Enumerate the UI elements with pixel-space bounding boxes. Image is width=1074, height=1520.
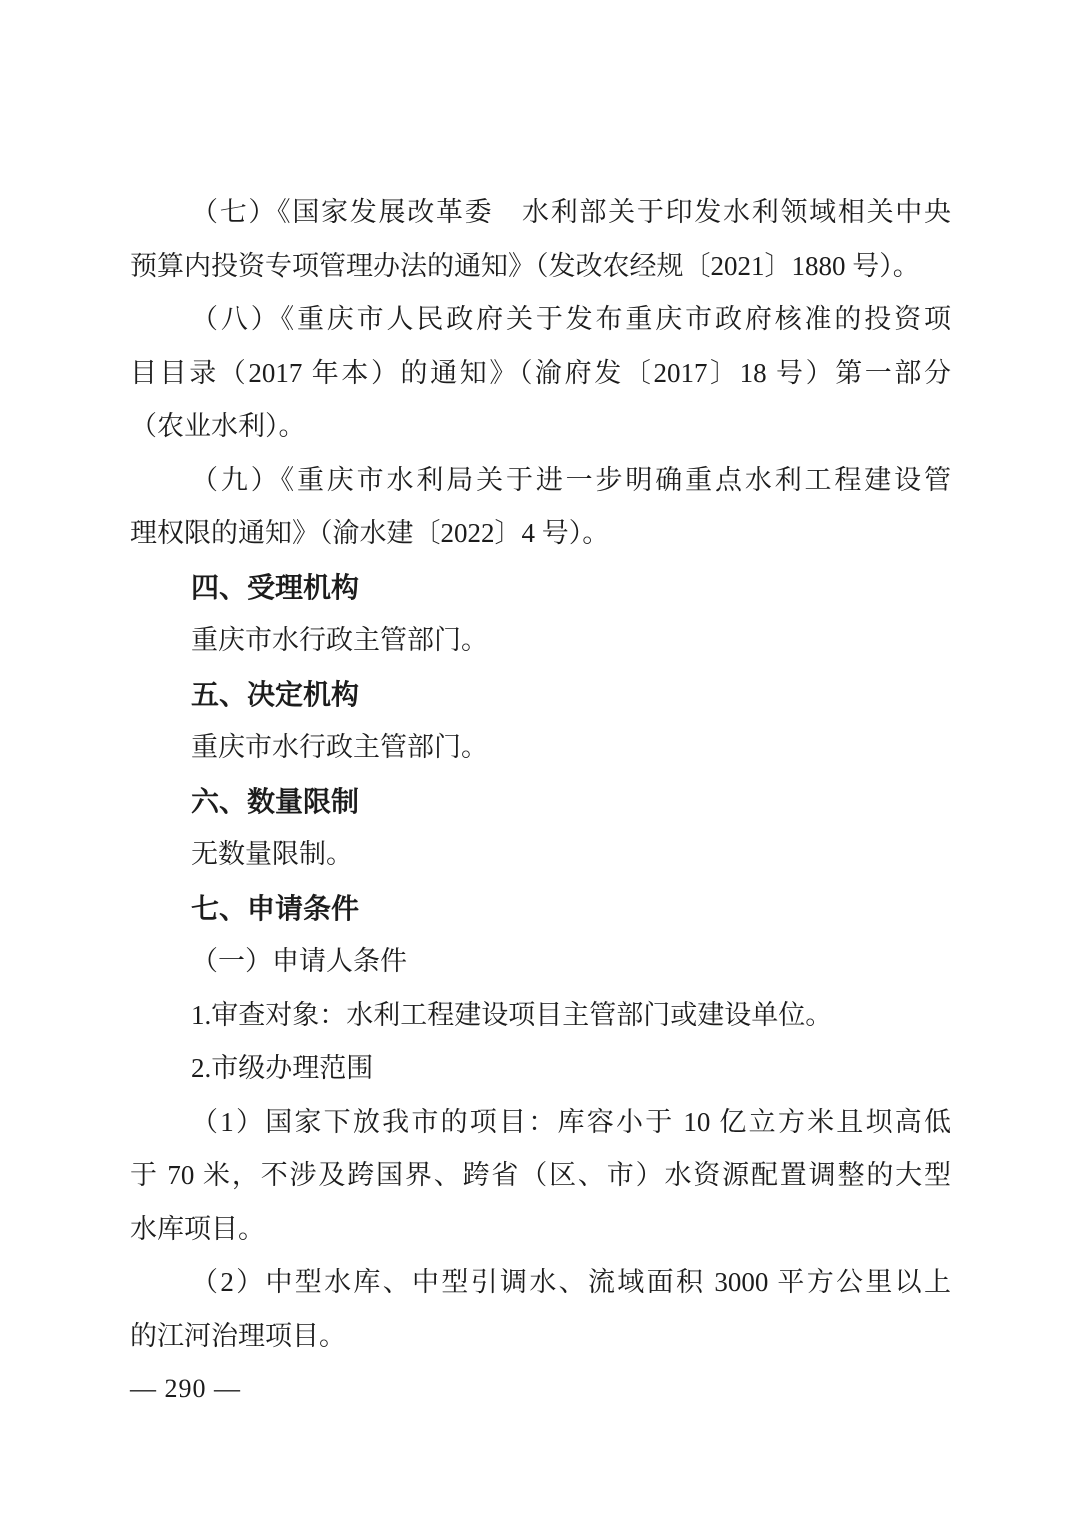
paragraph-line: （八）《重庆市人民政府关于发布重庆市政府核准的投资项 [130,293,951,347]
paragraph-line: 的江河治理项目。 [130,1310,951,1364]
paragraph-line: 目目录（2017 年本）的通知》（渝府发〔2017〕18 号）第一部分 [130,347,951,401]
section-heading: 五、决定机构 [130,668,951,722]
paragraph: （八）《重庆市人民政府关于发布重庆市政府核准的投资项目目录（2017 年本）的通… [130,293,951,454]
paragraph-line: 无数量限制。 [130,828,951,882]
paragraph-line: 重庆市水行政主管部门。 [130,614,951,668]
paragraph-line: 于 70 米，不涉及跨国界、跨省（区、市）水资源配置调整的大型 [130,1149,951,1203]
paragraph-line: 重庆市水行政主管部门。 [130,721,951,775]
paragraph: （1）国家下放我市的项目：库容小于 10 亿立方米且坝高低于 70 米，不涉及跨… [130,1096,951,1257]
paragraph: （一）申请人条件 [130,935,951,989]
paragraph-line: （2）中型水库、中型引调水、流域面积 3000 平方公里以上 [130,1256,951,1310]
section-heading: 七、申请条件 [130,882,951,936]
document-content: （七）《国家发展改革委 水利部关于印发水利领域相关中央预算内投资专项管理办法的通… [130,186,951,1363]
paragraph-line: （1）国家下放我市的项目：库容小于 10 亿立方米且坝高低 [130,1096,951,1150]
heading-line: 四、受理机构 [130,561,951,615]
paragraph: 2.市级办理范围 [130,1042,951,1096]
paragraph: 重庆市水行政主管部门。 [130,614,951,668]
section-heading: 六、数量限制 [130,775,951,829]
paragraph: 无数量限制。 [130,828,951,882]
paragraph: 重庆市水行政主管部门。 [130,721,951,775]
heading-line: 五、决定机构 [130,668,951,722]
paragraph: （2）中型水库、中型引调水、流域面积 3000 平方公里以上的江河治理项目。 [130,1256,951,1363]
heading-line: 六、数量限制 [130,775,951,829]
paragraph-line: 1.审查对象：水利工程建设项目主管部门或建设单位。 [130,989,951,1043]
paragraph: 1.审查对象：水利工程建设项目主管部门或建设单位。 [130,989,951,1043]
paragraph: （九）《重庆市水利局关于进一步明确重点水利工程建设管理权限的通知》（渝水建〔20… [130,454,951,561]
paragraph-line: （九）《重庆市水利局关于进一步明确重点水利工程建设管 [130,454,951,508]
paragraph: （七）《国家发展改革委 水利部关于印发水利领域相关中央预算内投资专项管理办法的通… [130,186,951,293]
heading-line: 七、申请条件 [130,882,951,936]
paragraph-line: （七）《国家发展改革委 水利部关于印发水利领域相关中央 [130,186,951,240]
paragraph-line: 理权限的通知》（渝水建〔2022〕4 号）。 [130,507,951,561]
paragraph-line: （农业水利）。 [130,400,951,454]
paragraph-line: 水库项目。 [130,1203,951,1257]
paragraph-line: （一）申请人条件 [130,935,951,989]
section-heading: 四、受理机构 [130,561,951,615]
document-page: （七）《国家发展改革委 水利部关于印发水利领域相关中央预算内投资专项管理办法的通… [0,0,1074,1520]
paragraph-line: 预算内投资专项管理办法的通知》（发改农经规〔2021〕1880 号）。 [130,240,951,294]
paragraph-line: 2.市级办理范围 [130,1042,951,1096]
page-number: — 290 — [130,1362,241,1416]
